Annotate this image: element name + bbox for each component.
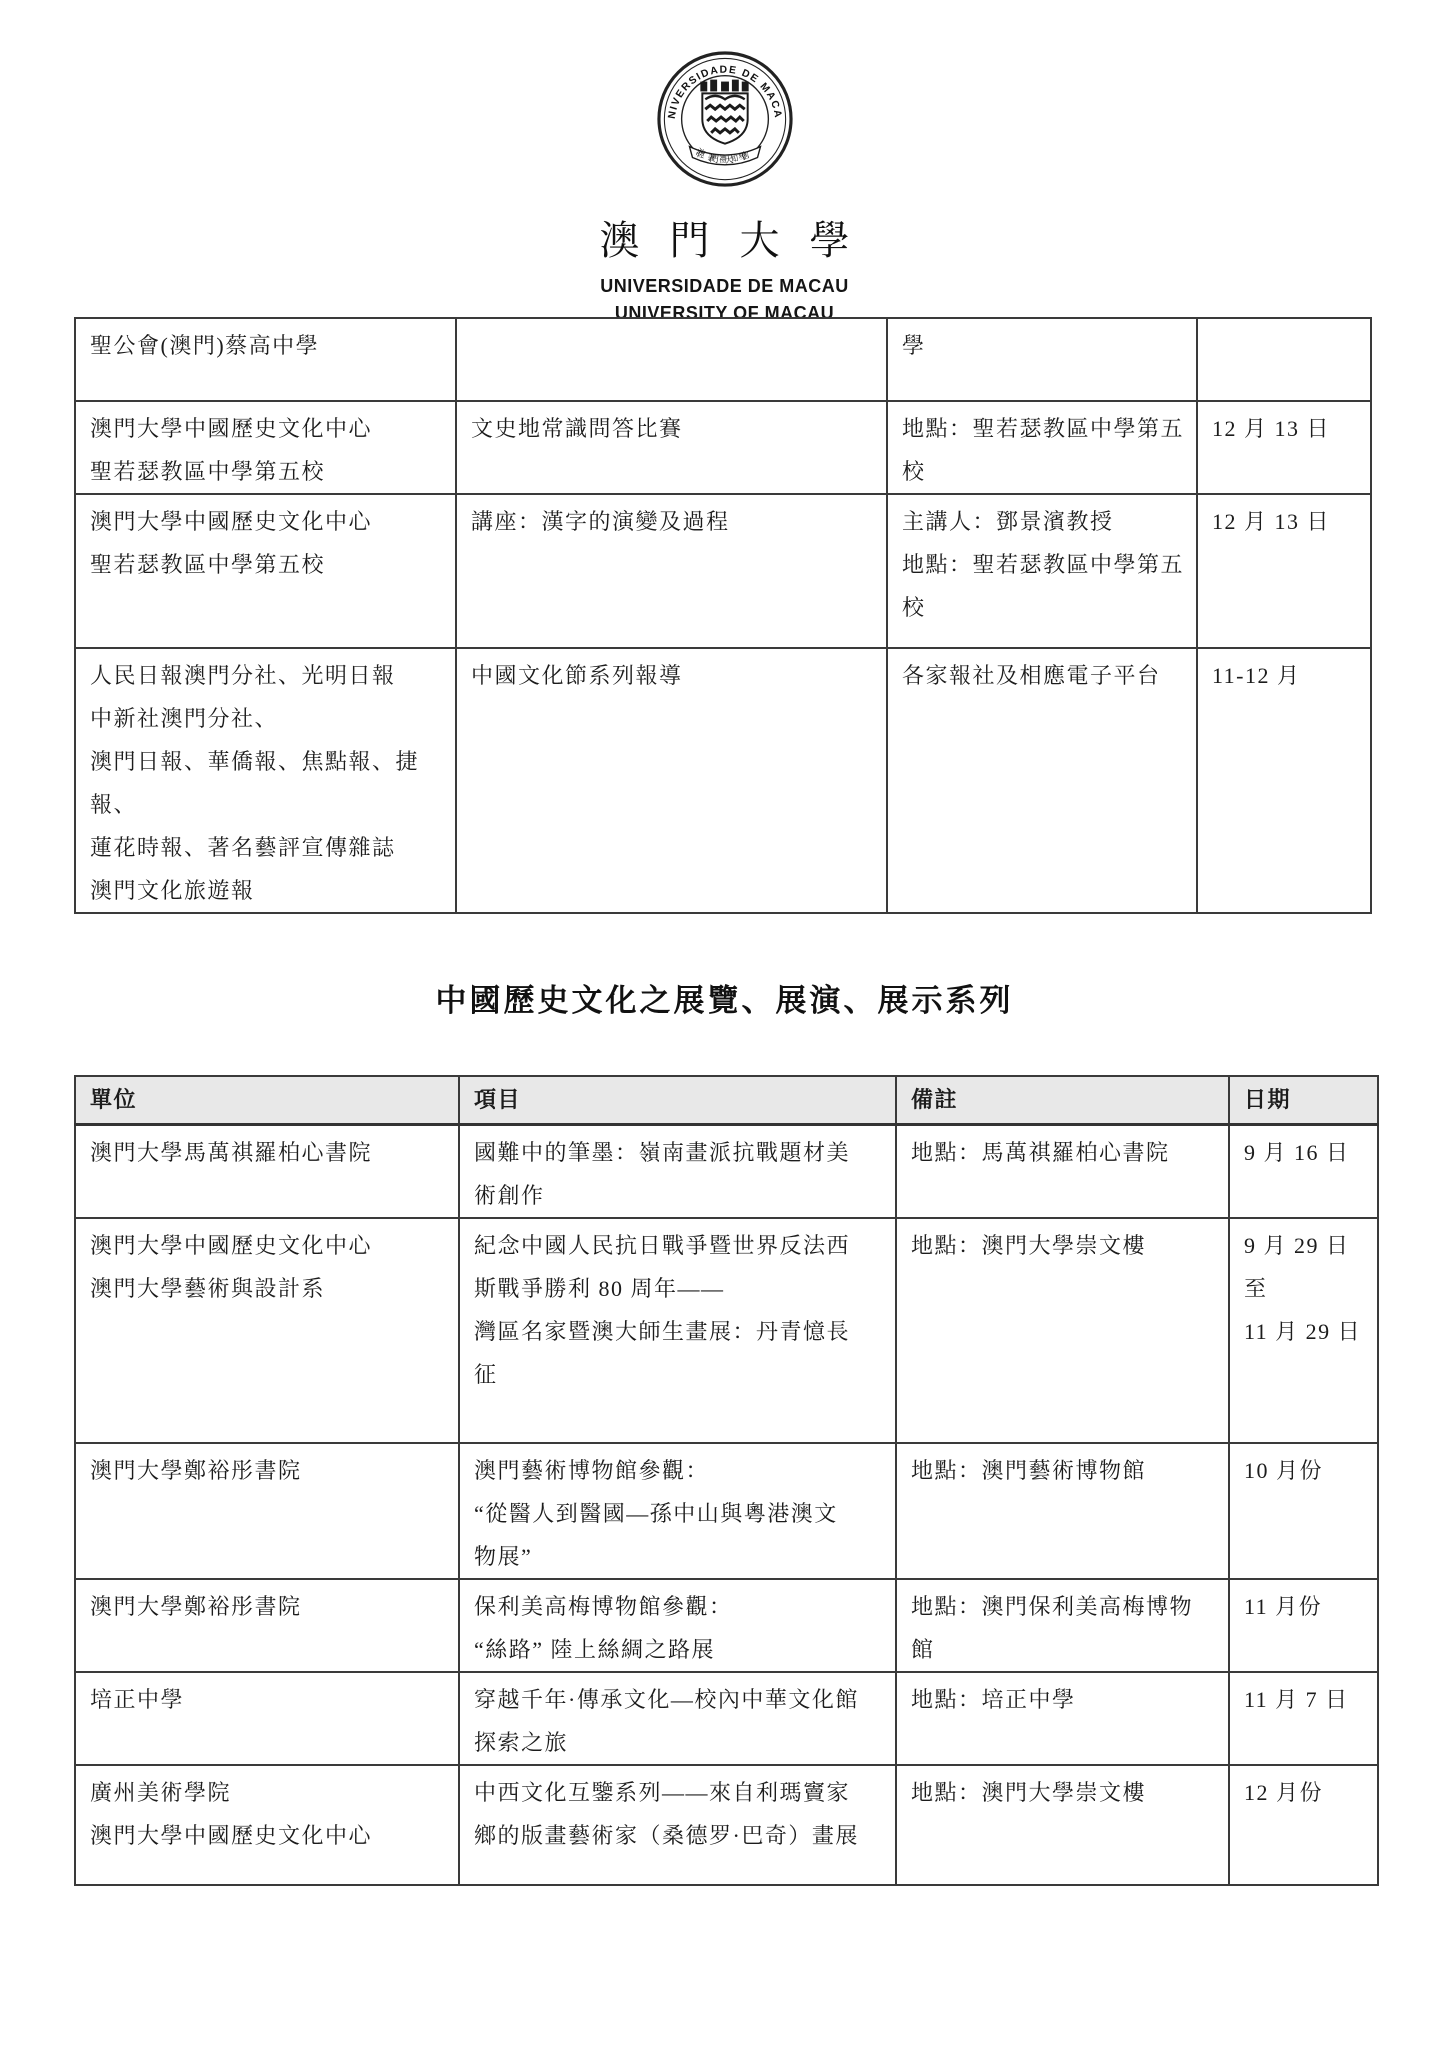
cell-remark: 主講人：鄧景濱教授 地點：聖若瑟教區中學第五 校 xyxy=(887,494,1197,648)
university-emblem-icon: UNIVERSIDADE DE MACAU 仁義禮知信 xyxy=(656,44,794,198)
table-row: 人民日報澳門分社、光明日報 中新社澳門分社、 澳門日報、華僑報、焦點報、捷 報、… xyxy=(75,648,1371,913)
document-page: UNIVERSIDADE DE MACAU 仁義禮知信 xyxy=(0,0,1449,2048)
cell-date: 9 月 16 日 xyxy=(1229,1124,1378,1218)
cell-date: 11 月 7 日 xyxy=(1229,1672,1378,1765)
cell-item: 文史地常識問答比賽 xyxy=(456,401,887,494)
table-row: 培正中學 穿越千年·傳承文化—校內中華文化館 探索之旅 地點：培正中學 11 月… xyxy=(75,1672,1378,1765)
cell-unit: 培正中學 xyxy=(75,1672,459,1765)
cell-item xyxy=(456,318,887,401)
cell-date: 9 月 29 日至 11 月 29 日 xyxy=(1229,1218,1378,1443)
cell-unit: 澳門大學中國歷史文化中心 聖若瑟教區中學第五校 xyxy=(75,401,456,494)
cell-unit: 澳門大學中國歷史文化中心 澳門大學藝術與設計系 xyxy=(75,1218,459,1443)
table-row: 澳門大學中國歷史文化中心 聖若瑟教區中學第五校 文史地常識問答比賽 地點：聖若瑟… xyxy=(75,401,1371,494)
cell-date: 11-12 月 xyxy=(1197,648,1371,913)
cell-remark: 各家報社及相應電子平台 xyxy=(887,648,1197,913)
cell-date: 12 月份 xyxy=(1229,1765,1378,1885)
university-name-chinese: 澳門大學 xyxy=(0,209,1449,266)
cell-remark: 地點：澳門大學崇文樓 xyxy=(896,1765,1229,1885)
cell-date: 11 月份 xyxy=(1229,1579,1378,1672)
cell-remark: 地點：澳門藝術博物館 xyxy=(896,1443,1229,1579)
table-row: 澳門大學中國歷史文化中心 聖若瑟教區中學第五校 講座：漢字的演變及過程 主講人：… xyxy=(75,494,1371,648)
emblem-shield xyxy=(702,93,747,143)
cell-date: 12 月 13 日 xyxy=(1197,494,1371,648)
cell-unit: 澳門大學鄭裕彤書院 xyxy=(75,1443,459,1579)
cell-unit: 人民日報澳門分社、光明日報 中新社澳門分社、 澳門日報、華僑報、焦點報、捷 報、… xyxy=(75,648,456,913)
cell-unit: 聖公會(澳門)蔡高中學 xyxy=(75,318,456,401)
cell-item: 澳門藝術博物館參觀： “從醫人到醫國—孫中山與粵港澳文 物展” xyxy=(459,1443,896,1579)
cell-date: 12 月 13 日 xyxy=(1197,401,1371,494)
cell-remark: 地點：馬萬祺羅柏心書院 xyxy=(896,1124,1229,1218)
cell-unit: 廣州美術學院 澳門大學中國歷史文化中心 xyxy=(75,1765,459,1885)
table-row: 聖公會(澳門)蔡高中學 學 xyxy=(75,318,1371,401)
cell-unit: 澳門大學馬萬祺羅柏心書院 xyxy=(75,1124,459,1218)
table-row: 澳門大學中國歷史文化中心 澳門大學藝術與設計系 紀念中國人民抗日戰爭暨世界反法西… xyxy=(75,1218,1378,1443)
table-row: 澳門大學馬萬祺羅柏心書院 國難中的筆墨：嶺南畫派抗戰題材美 術創作 地點：馬萬祺… xyxy=(75,1124,1378,1218)
university-name-portuguese: UNIVERSIDADE DE MACAU xyxy=(0,276,1449,297)
table-row: 廣州美術學院 澳門大學中國歷史文化中心 中西文化互鑒系列——來自利瑪竇家 鄉的版… xyxy=(75,1765,1378,1885)
cell-item: 講座：漢字的演變及過程 xyxy=(456,494,887,648)
exhibition-series-table: 單位 項目 備註 日期 澳門大學馬萬祺羅柏心書院 國難中的筆墨：嶺南畫派抗戰題材… xyxy=(74,1075,1379,1886)
cell-item: 穿越千年·傳承文化—校內中華文化館 探索之旅 xyxy=(459,1672,896,1765)
cell-remark: 地點：聖若瑟教區中學第五 校 xyxy=(887,401,1197,494)
header-item: 項目 xyxy=(459,1076,896,1124)
activities-table-continuation: 聖公會(澳門)蔡高中學 學 澳門大學中國歷史文化中心 聖若瑟教區中學第五校 文史… xyxy=(74,317,1372,914)
cell-unit: 澳門大學鄭裕彤書院 xyxy=(75,1579,459,1672)
header-unit: 單位 xyxy=(75,1076,459,1124)
table-header-row: 單位 項目 備註 日期 xyxy=(75,1076,1378,1124)
cell-unit: 澳門大學中國歷史文化中心 聖若瑟教區中學第五校 xyxy=(75,494,456,648)
table-row: 澳門大學鄭裕彤書院 保利美高梅博物館參觀： “絲路” 陸上絲綢之路展 地點：澳門… xyxy=(75,1579,1378,1672)
cell-item: 中西文化互鑒系列——來自利瑪竇家 鄉的版畫藝術家（桑德罗·巴奇）畫展 xyxy=(459,1765,896,1885)
cell-date xyxy=(1197,318,1371,401)
header-remark: 備註 xyxy=(896,1076,1229,1124)
cell-item: 國難中的筆墨：嶺南畫派抗戰題材美 術創作 xyxy=(459,1124,896,1218)
cell-remark: 地點：培正中學 xyxy=(896,1672,1229,1765)
section-title: 中國歷史文化之展覽、展演、展示系列 xyxy=(0,975,1449,1020)
header-date: 日期 xyxy=(1229,1076,1378,1124)
cell-date: 10 月份 xyxy=(1229,1443,1378,1579)
cell-remark: 地點：澳門大學崇文樓 xyxy=(896,1218,1229,1443)
cell-item: 保利美高梅博物館參觀： “絲路” 陸上絲綢之路展 xyxy=(459,1579,896,1672)
cell-remark: 地點：澳門保利美高梅博物 館 xyxy=(896,1579,1229,1672)
cell-item: 紀念中國人民抗日戰爭暨世界反法西 斯戰爭勝利 80 周年—— 灣區名家暨澳大師生… xyxy=(459,1218,896,1443)
university-header: UNIVERSIDADE DE MACAU 仁義禮知信 xyxy=(0,44,1449,324)
cell-item: 中國文化節系列報導 xyxy=(456,648,887,913)
table-row: 澳門大學鄭裕彤書院 澳門藝術博物館參觀： “從醫人到醫國—孫中山與粵港澳文 物展… xyxy=(75,1443,1378,1579)
cell-remark: 學 xyxy=(887,318,1197,401)
